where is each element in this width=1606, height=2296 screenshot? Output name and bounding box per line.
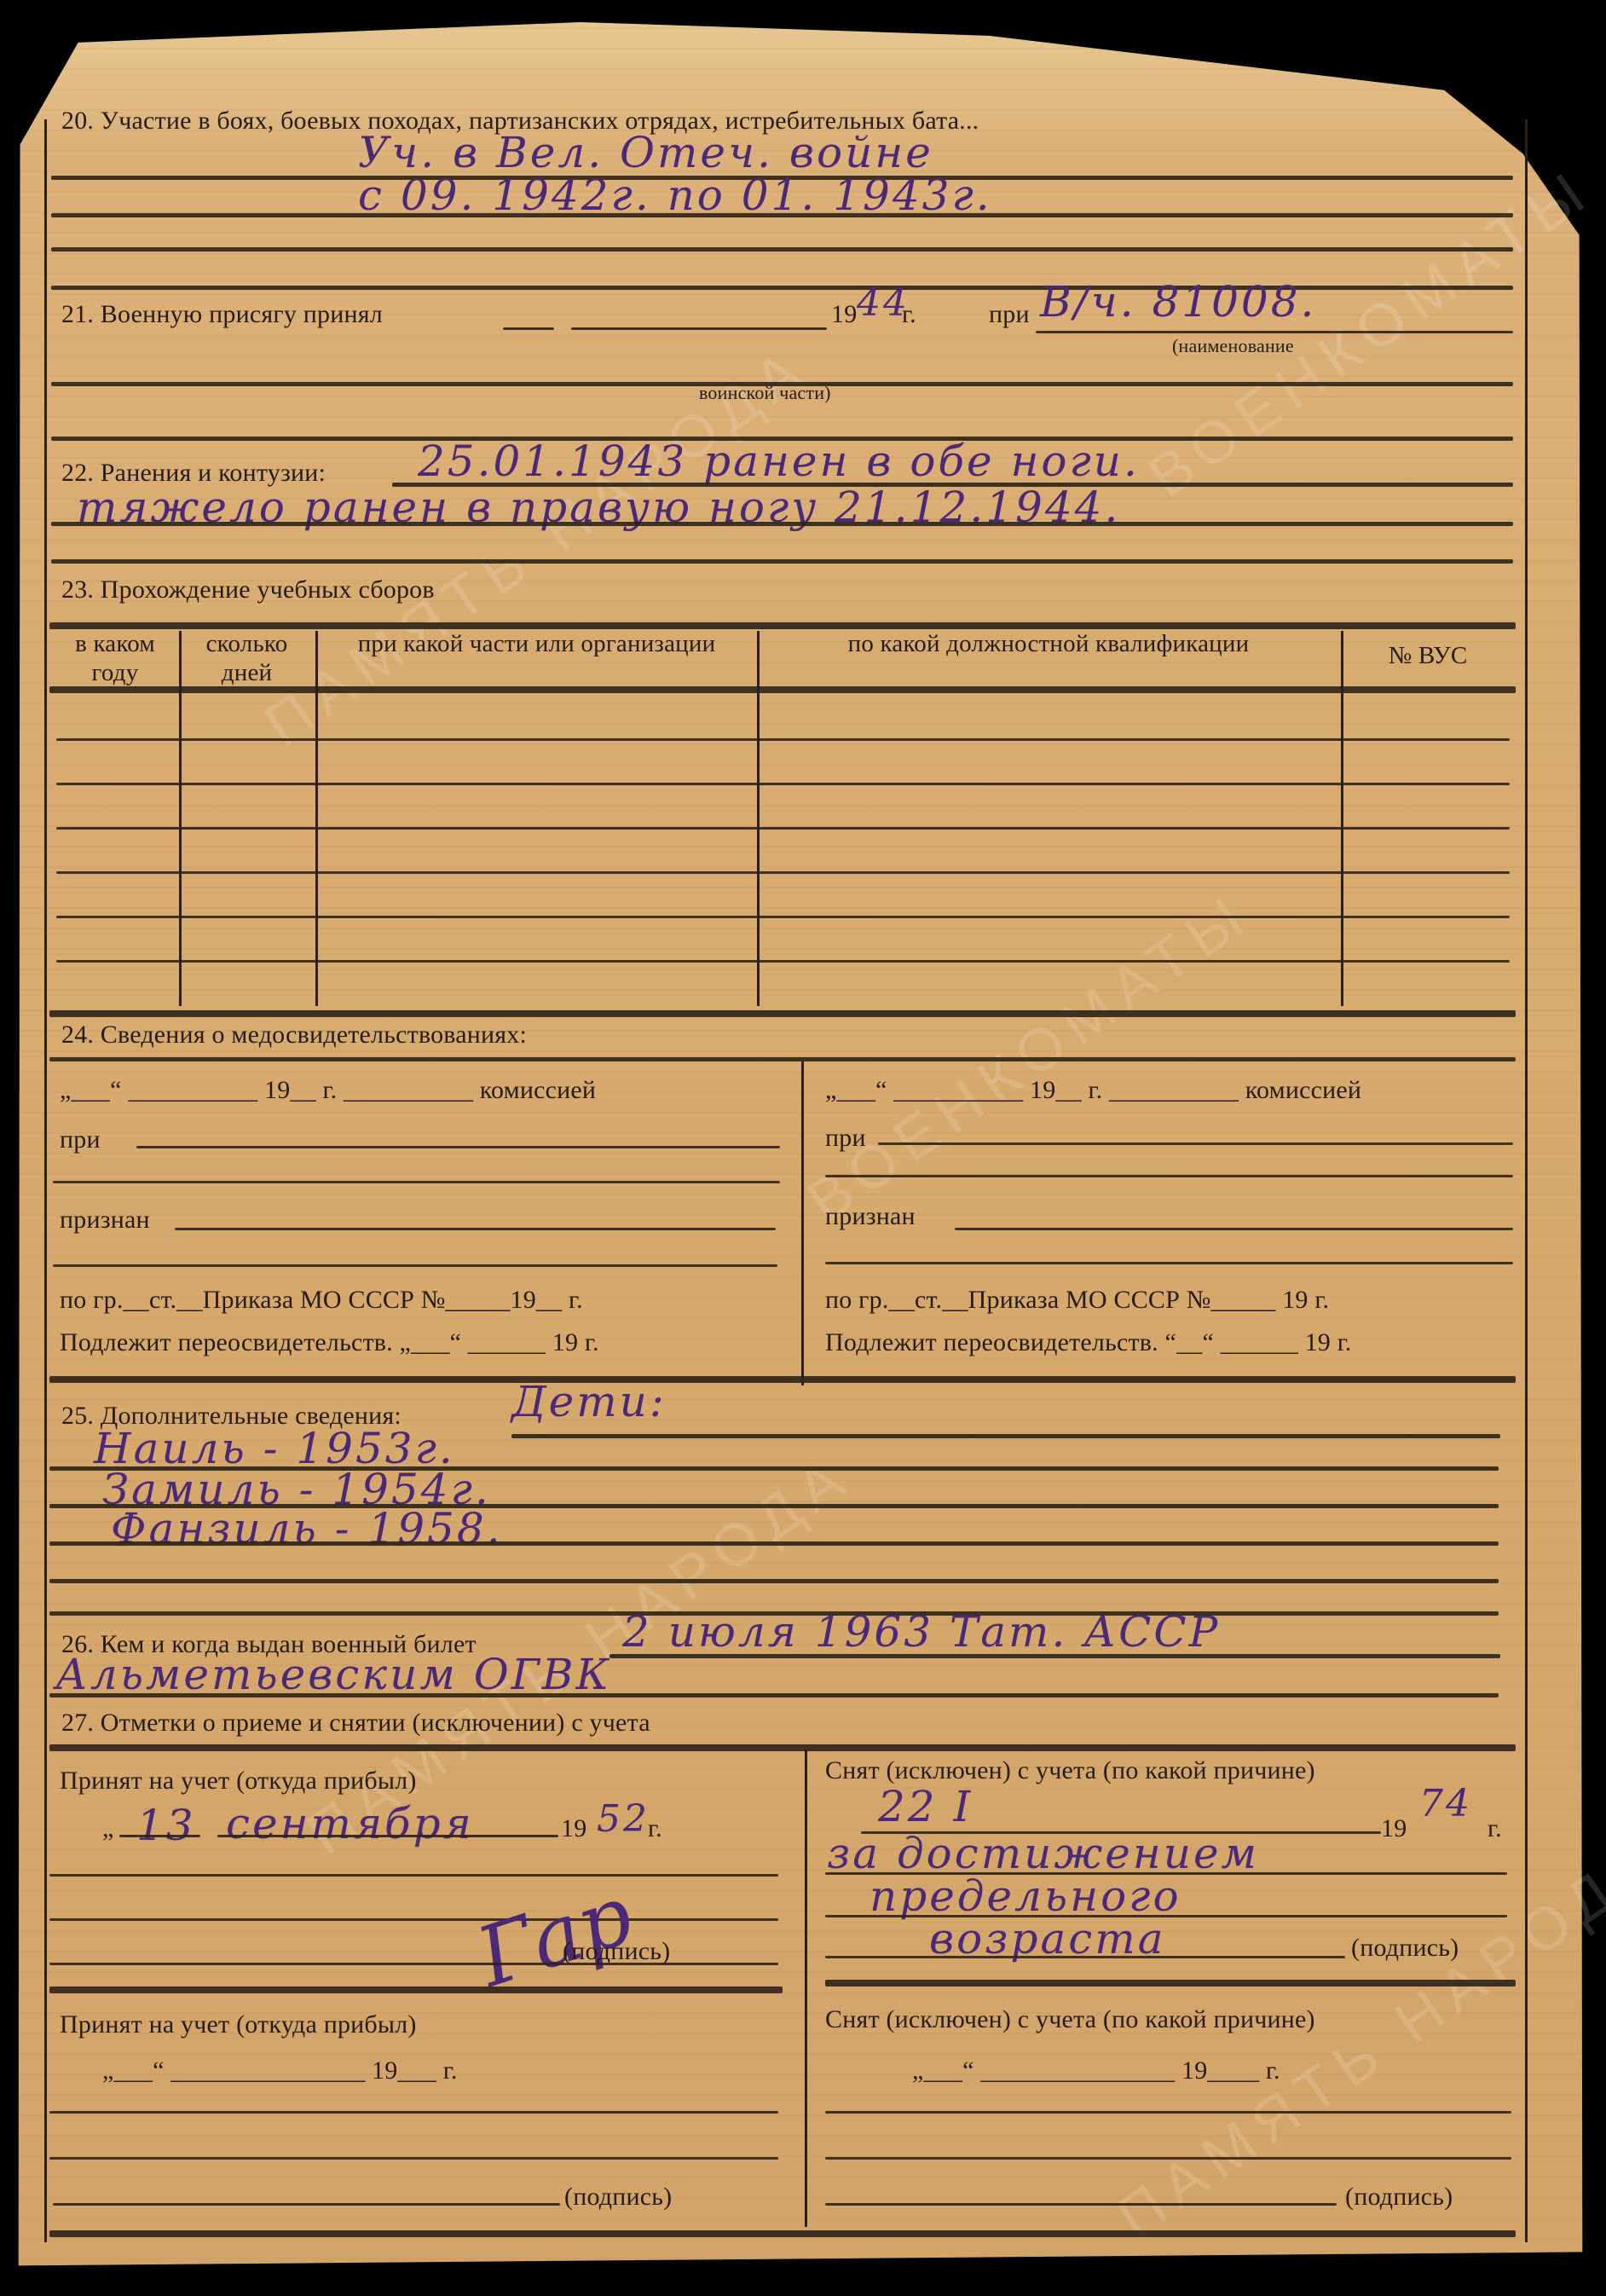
year-prefix: 19	[1381, 1814, 1407, 1843]
signature-caption: (подпись)	[1345, 2183, 1453, 2212]
at-field	[136, 1146, 780, 1148]
rule	[49, 1541, 1499, 1546]
month-field	[571, 327, 827, 330]
signature-field	[825, 2203, 1337, 2206]
removed-day-handwritten: 22 I	[878, 1782, 973, 1831]
year-suffix: г.	[648, 1814, 662, 1843]
rule	[511, 1434, 1500, 1438]
signature-caption: (подпись)	[563, 1937, 670, 1966]
col-divider	[1341, 631, 1343, 1006]
rule	[51, 213, 1513, 217]
medical-date-line: „___“ __________ 19__ г. __________ коми…	[825, 1076, 1361, 1105]
col-divider	[757, 631, 760, 1006]
signature-field	[53, 2203, 560, 2206]
rule	[51, 247, 1513, 252]
medical-order-line: по гр.__ст.__Приказа МО СССР №_____19__ …	[60, 1286, 583, 1315]
rule	[51, 522, 1513, 526]
column-divider	[801, 1061, 804, 1385]
medical-found-label: признан	[825, 1202, 916, 1231]
at-field	[878, 1142, 1513, 1145]
accepted-day-handwritten: 13	[136, 1801, 196, 1850]
accepted-label: Принят на учет (откуда прибыл)	[60, 2010, 417, 2039]
rule	[825, 1915, 1507, 1917]
caption-unit: воинской части)	[699, 382, 831, 404]
rule	[49, 1376, 1516, 1383]
col-header-year: в каком году	[51, 629, 179, 687]
year-suffix: г.	[1488, 1814, 1502, 1843]
year-prefix: 19	[561, 1814, 586, 1843]
date-line: „___“ _______________ 19____ г.	[912, 2056, 1280, 2085]
table-top-rule	[49, 622, 1516, 629]
unit-field	[1036, 331, 1513, 333]
rule	[825, 1262, 1513, 1264]
removed-year-handwritten: 74	[1419, 1782, 1472, 1825]
child-3-handwritten: Фанзиль - 1958.	[111, 1504, 503, 1553]
rule	[825, 2111, 1511, 2114]
rule	[825, 1980, 1516, 1987]
column-divider	[805, 1749, 807, 2227]
rule	[53, 1264, 777, 1267]
col-header-qualification: по какой должностной квалификации	[759, 629, 1338, 658]
signature-caption: (подпись)	[1351, 1934, 1459, 1963]
rule	[49, 1744, 1516, 1751]
medical-order-line: по гр.__ст.__Приказа МО СССР №_____ 19 г…	[825, 1286, 1329, 1315]
medical-at-label: при	[825, 1124, 866, 1153]
removed-label: Снят (исключен) с учета (по какой причин…	[825, 1756, 1315, 1785]
col-header-vus: № ВУС	[1343, 641, 1513, 670]
table-header-rule	[49, 686, 1516, 693]
rule	[49, 1874, 778, 1877]
rule	[51, 559, 1513, 564]
col-divider	[179, 631, 182, 1006]
rule	[49, 2111, 778, 2114]
year-prefix: 19	[831, 300, 857, 329]
form-bottom-rule	[49, 2230, 1516, 2237]
col-divider	[315, 631, 318, 1006]
medical-recheck-line: Подлежит переосвидетельств. “__“ ______ …	[825, 1328, 1352, 1357]
accepted-label: Принят на учет (откуда прибыл)	[60, 1767, 417, 1796]
accepted-year-handwritten: 52	[597, 1797, 650, 1841]
signature-caption: (подпись)	[564, 2183, 672, 2212]
accepted-month-handwritten: сентября	[226, 1799, 474, 1848]
medical-date-line: „___“ __________ 19__ г. __________ коми…	[60, 1076, 596, 1105]
quote: „	[102, 1814, 114, 1843]
section-23-label: 23. Прохождение учебных сборов	[61, 575, 435, 604]
rule	[825, 1175, 1513, 1177]
rule	[609, 1654, 1500, 1658]
rule	[49, 1918, 778, 1921]
date-line: „___“ _______________ 19___ г.	[102, 2056, 458, 2085]
rule	[49, 2157, 778, 2160]
unit-handwritten: В/ч. 81008.	[1040, 277, 1316, 327]
col-header-days: сколько дней	[181, 629, 313, 687]
rule	[49, 1057, 1516, 1061]
day-field	[119, 1835, 200, 1837]
table-bottom-rule	[49, 1010, 1516, 1017]
id-issued-handwritten-2: Альметьевским ОГВК	[55, 1650, 611, 1699]
day-field	[503, 327, 554, 330]
at-label: при	[989, 300, 1030, 329]
section-27-label: 27. Отметки о приеме и снятии (исключени…	[61, 1709, 650, 1738]
rule	[49, 1963, 778, 1965]
section-22-handwritten-1: 25.01.1943 ранен в обе ноги.	[418, 437, 1140, 486]
found-field	[175, 1228, 776, 1230]
rule	[49, 1693, 1499, 1697]
year-suffix: г.	[902, 300, 916, 329]
caption-name: (наименование	[1172, 335, 1294, 357]
signature-field	[825, 1956, 1345, 1958]
col-header-unit: при какой части или организации	[317, 629, 756, 658]
rule	[53, 1181, 780, 1183]
section-21-label: 21. Военную присягу принял	[61, 300, 383, 329]
month-field	[217, 1835, 558, 1837]
rule	[49, 1987, 783, 1993]
medical-recheck-line: Подлежит переосвидетельств. „___“ ______…	[60, 1328, 599, 1357]
rule	[825, 2157, 1511, 2160]
rule	[49, 1579, 1499, 1583]
found-field	[955, 1228, 1513, 1230]
children-heading-handwritten: Дети:	[511, 1377, 667, 1426]
removed-label: Снят (исключен) с учета (по какой причин…	[825, 2005, 1315, 2034]
section-24-label: 24. Сведения о медосвидетельствованиях:	[61, 1021, 527, 1050]
medical-at-label: при	[60, 1125, 101, 1154]
id-issued-handwritten-1: 2 июля 1963 Тат. АССР	[622, 1607, 1220, 1657]
medical-found-label: признан	[60, 1206, 150, 1235]
